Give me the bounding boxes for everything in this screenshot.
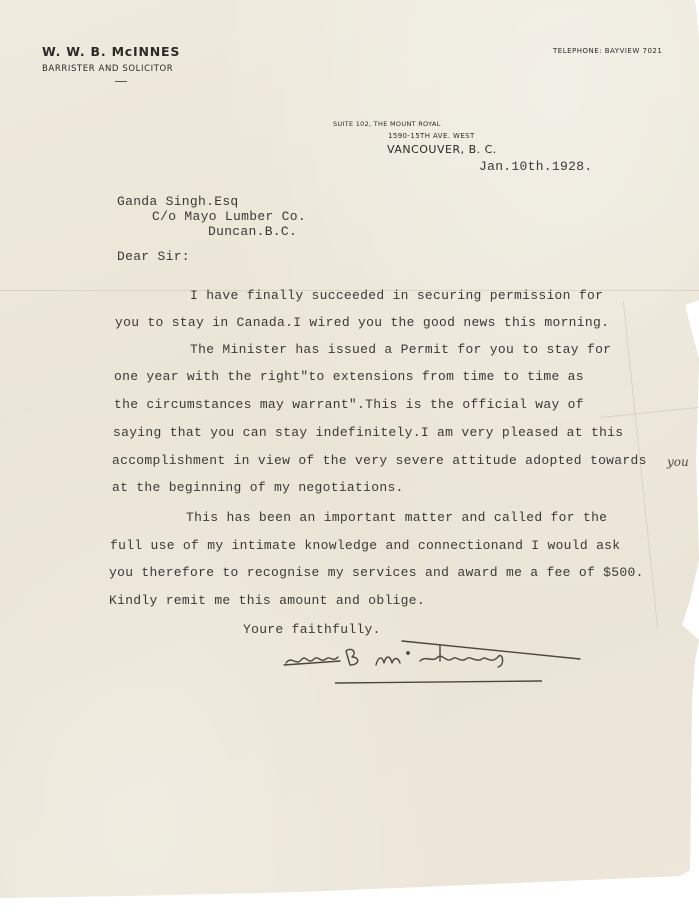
letterhead-name: W. W. B. McINNES xyxy=(42,44,180,59)
body-line: This has been an important matter and ca… xyxy=(186,510,607,525)
signature xyxy=(280,637,590,687)
letterhead-divider xyxy=(115,81,127,82)
letterhead-telephone: TELEPHONE: BAYVIEW 7021 xyxy=(553,47,662,55)
handwritten-insert: you xyxy=(667,455,689,469)
body-line: at the beginning of my negotiations. xyxy=(112,480,404,495)
letterhead-address-line2: 1590-15TH AVE. WEST xyxy=(388,132,475,140)
letterhead-title: BARRISTER AND SOLICITOR xyxy=(42,64,173,74)
salutation: Dear Sir: xyxy=(117,249,190,264)
letterhead-address-line1: SUITE 102, THE MOUNT ROYAL xyxy=(333,120,441,128)
body-line: Kindly remit me this amount and oblige. xyxy=(109,593,425,608)
letter-date: Jan.10th.1928. xyxy=(479,159,592,174)
body-line: The Minister has issued a Permit for you… xyxy=(190,342,611,357)
body-line: you therefore to recognise my services a… xyxy=(109,565,644,580)
body-line: you to stay in Canada.I wired you the go… xyxy=(115,315,609,330)
letterhead-city: VANCOUVER, B. C. xyxy=(387,143,497,156)
recipient-name: Ganda Singh.Esq xyxy=(117,194,239,209)
body-line: one year with the right"to extensions fr… xyxy=(114,369,584,384)
body-line: saying that you can stay indefinitely.I … xyxy=(113,425,623,440)
recipient-location: Duncan.B.C. xyxy=(208,224,297,239)
body-line: accomplishment in view of the very sever… xyxy=(112,453,647,468)
body-line: the circumstances may warrant".This is t… xyxy=(114,397,584,412)
closing: Youre faithfully. xyxy=(243,622,381,637)
signature-icon xyxy=(280,637,590,687)
body-line: I have finally succeeded in securing per… xyxy=(190,288,603,303)
recipient-care-of: C/o Mayo Lumber Co. xyxy=(152,209,306,224)
body-line: full use of my intimate knowledge and co… xyxy=(110,538,620,553)
